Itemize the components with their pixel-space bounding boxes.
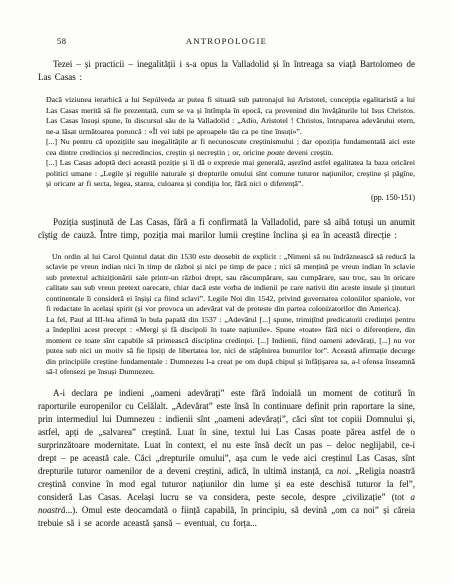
quote-paragraph: Un ordin al lui Carol Quintul datat din …: [46, 252, 415, 315]
quote-paragraph: La fel, Paul al III-lea afirmă în bula p…: [46, 315, 415, 378]
quote-paragraph: [...] Nu pentru că opozițiile sau inegal…: [46, 137, 415, 158]
opening-paragraph: Tezei – și practicii – inegalității i s-…: [38, 58, 415, 84]
quote-block-las-casas: Dacă viziunea ierarhică a lui Sepúlveda …: [46, 95, 415, 190]
page-header: 58 ANTROPOLOGIE: [38, 36, 415, 48]
body-paragraph-position: Poziția susținută de Las Casas, fără a f…: [38, 216, 415, 242]
book-page: 58 ANTROPOLOGIE Tezei – și practicii – i…: [0, 0, 452, 584]
quote-block-edicts: Un ordin al lui Carol Quintul datat din …: [46, 252, 415, 378]
closing-paragraph: A-i declara pe indieni „oameni adevărați…: [38, 387, 415, 530]
page-reference: (pp. 150-151): [38, 192, 415, 203]
quote-paragraph: Dacă viziunea ierarhică a lui Sepúlveda …: [46, 95, 415, 137]
quote-paragraph: [...] Las Casas adoptă deci această pozi…: [46, 158, 415, 190]
running-title: ANTROPOLOGIE: [38, 36, 415, 47]
